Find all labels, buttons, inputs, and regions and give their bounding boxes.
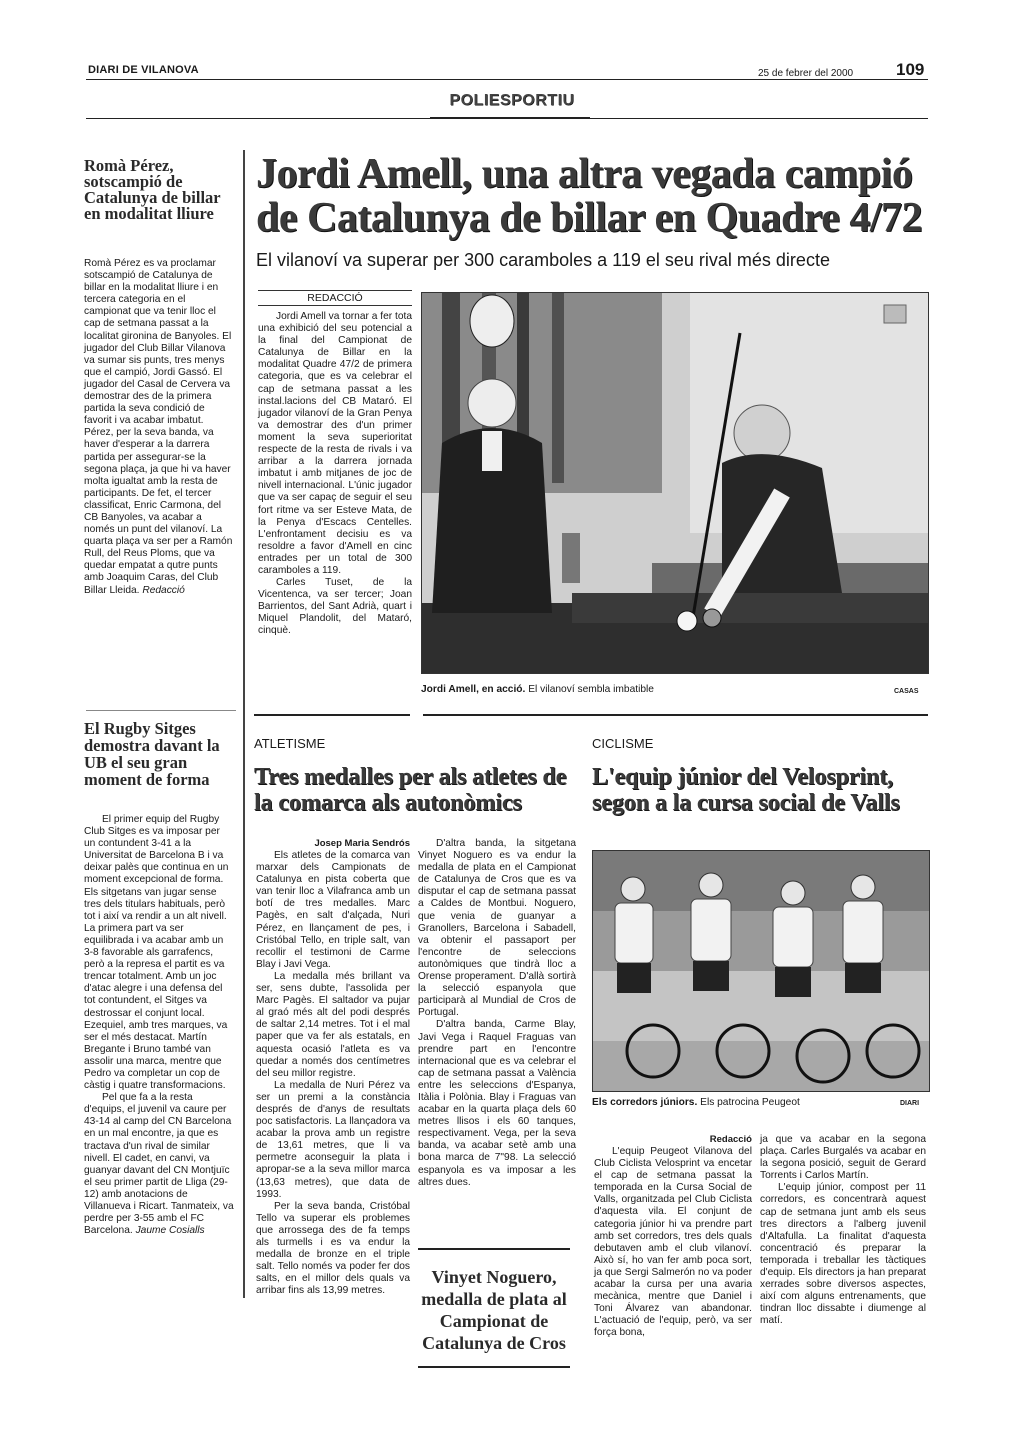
lead-paragraph-1: Jordi Amell va tornar a fer tota una exh… — [258, 311, 412, 577]
cyclists-photo-caption: Els corredors júniors. Els patrocina Peu… — [592, 1097, 892, 1108]
athletics-col2: D'altra banda, la sitgetana Vinyet Nogue… — [418, 838, 576, 1189]
athletics-paragraph-4: Per la seva banda, Cristóbal Tello va su… — [256, 1201, 410, 1298]
billiards-photo-credit: CASAS — [894, 688, 919, 695]
sidebar-divider — [86, 710, 236, 711]
rugby-signature: Jaume Cosialls — [136, 1225, 205, 1236]
billiards-photo-caption: Jordi Amell, en acció. El vilanoví sembl… — [421, 684, 821, 695]
publication-name: DIARI DE VILANOVA — [88, 64, 199, 76]
billiards-caption-bold: Jordi Amell, en acció. — [421, 684, 525, 695]
athletics-paragraph-3: La medalla de Nuri Pérez va ser un premi… — [256, 1080, 410, 1201]
rugby-story-body: El primer equip del Rugby Club Sitges es… — [84, 814, 234, 1237]
cycling-kicker: CICLISME — [592, 736, 653, 751]
cycling-paragraph-2: ja que va acabar en la segona plaça. Car… — [760, 1134, 926, 1182]
sidebar-story-text: Romà Pérez es va proclamar sotscampió de… — [84, 258, 232, 596]
issue-date: 25 de febrer del 2000 — [758, 68, 853, 79]
rugby-story-headline: El Rugby Sitges demostra davant la UB el… — [84, 720, 236, 788]
cycling-author: Redacció — [594, 1134, 752, 1145]
lead-byline: REDACCIÓ — [258, 290, 412, 306]
pullquote-bottom-rule — [418, 1366, 570, 1368]
rugby-paragraph-2: Pel que fa a la resta d'equips, el juven… — [84, 1092, 234, 1237]
lead-paragraph-2: Carles Tuset, de la Vicentenca, va ser t… — [258, 577, 412, 637]
cycling-col2: ja que va acabar en la segona plaça. Car… — [760, 1134, 926, 1328]
sidebar-story-signature: Redacció — [142, 585, 184, 596]
cyclists-photo — [592, 850, 930, 1092]
sidebar-story-body: Romà Pérez es va proclamar sotscampió de… — [84, 258, 234, 597]
athletics-paragraph-2: La medalla més brillant va ser, sens dub… — [256, 971, 410, 1080]
lead-headline: Jordi Amell, una altra vegada campió de … — [256, 152, 936, 240]
cycling-paragraph-1: L'equip Peugeot Vilanova del Club Ciclis… — [594, 1146, 752, 1340]
athletics-top-rule — [254, 714, 410, 716]
cyclists-caption-text: Els patrocina Peugeot — [700, 1097, 800, 1108]
lead-body: Jordi Amell va tornar a fer tota una exh… — [258, 311, 412, 638]
section-rule-accent — [430, 117, 590, 119]
billiards-scene-image — [422, 293, 928, 673]
billiards-photo — [421, 292, 929, 674]
sidebar-story-headline: Romà Pérez, sotscampió de Catalunya de b… — [84, 158, 236, 222]
column-divider — [243, 150, 245, 1298]
athletics-kicker: ATLETISME — [254, 736, 325, 751]
masthead-rule — [86, 79, 928, 80]
billiards-caption-text: El vilanoví sembla imbatible — [528, 684, 654, 695]
section-title: POLIESPORTIU — [0, 92, 1024, 110]
athletics-author: Josep Maria Sendrós — [256, 838, 410, 849]
pullquote-top-rule — [418, 1248, 570, 1250]
rugby-paragraph-1: El primer equip del Rugby Club Sitges es… — [84, 814, 234, 1092]
cycling-paragraph-3: L'equip júnior, compost per 11 corredors… — [760, 1182, 926, 1327]
cyclists-caption-bold: Els corredors júniors. — [592, 1097, 697, 1108]
cycling-headline: L'equip júnior del Velosprint, segon a l… — [592, 764, 928, 816]
athletics-pullquote: Vinyet Noguero, medalla de plata al Camp… — [418, 1266, 570, 1354]
athletics-paragraph-5: D'altra banda, la sitgetana Vinyet Nogue… — [418, 838, 576, 1019]
athletics-headline: Tres medalles per als atletes de la coma… — [254, 764, 584, 816]
athletics-paragraph-1: Els atletes de la comarca van marxar del… — [256, 850, 410, 971]
cycling-top-rule — [592, 714, 928, 716]
cyclists-scene-image — [593, 851, 929, 1091]
rugby-paragraph-2-text: Pel que fa a la resta d'equips, el juven… — [84, 1092, 234, 1236]
cyclists-photo-credit: DIARI — [900, 1100, 919, 1107]
athletics-col1: Els atletes de la comarca van marxar del… — [256, 850, 410, 1297]
athletics-paragraph-6: D'altra banda, Carme Blay, Javi Vega i R… — [418, 1019, 576, 1188]
cycling-col1: L'equip Peugeot Vilanova del Club Ciclis… — [594, 1146, 752, 1340]
lead-deck: El vilanoví va superar per 300 carambole… — [256, 250, 936, 271]
page-number: 109 — [896, 60, 924, 80]
